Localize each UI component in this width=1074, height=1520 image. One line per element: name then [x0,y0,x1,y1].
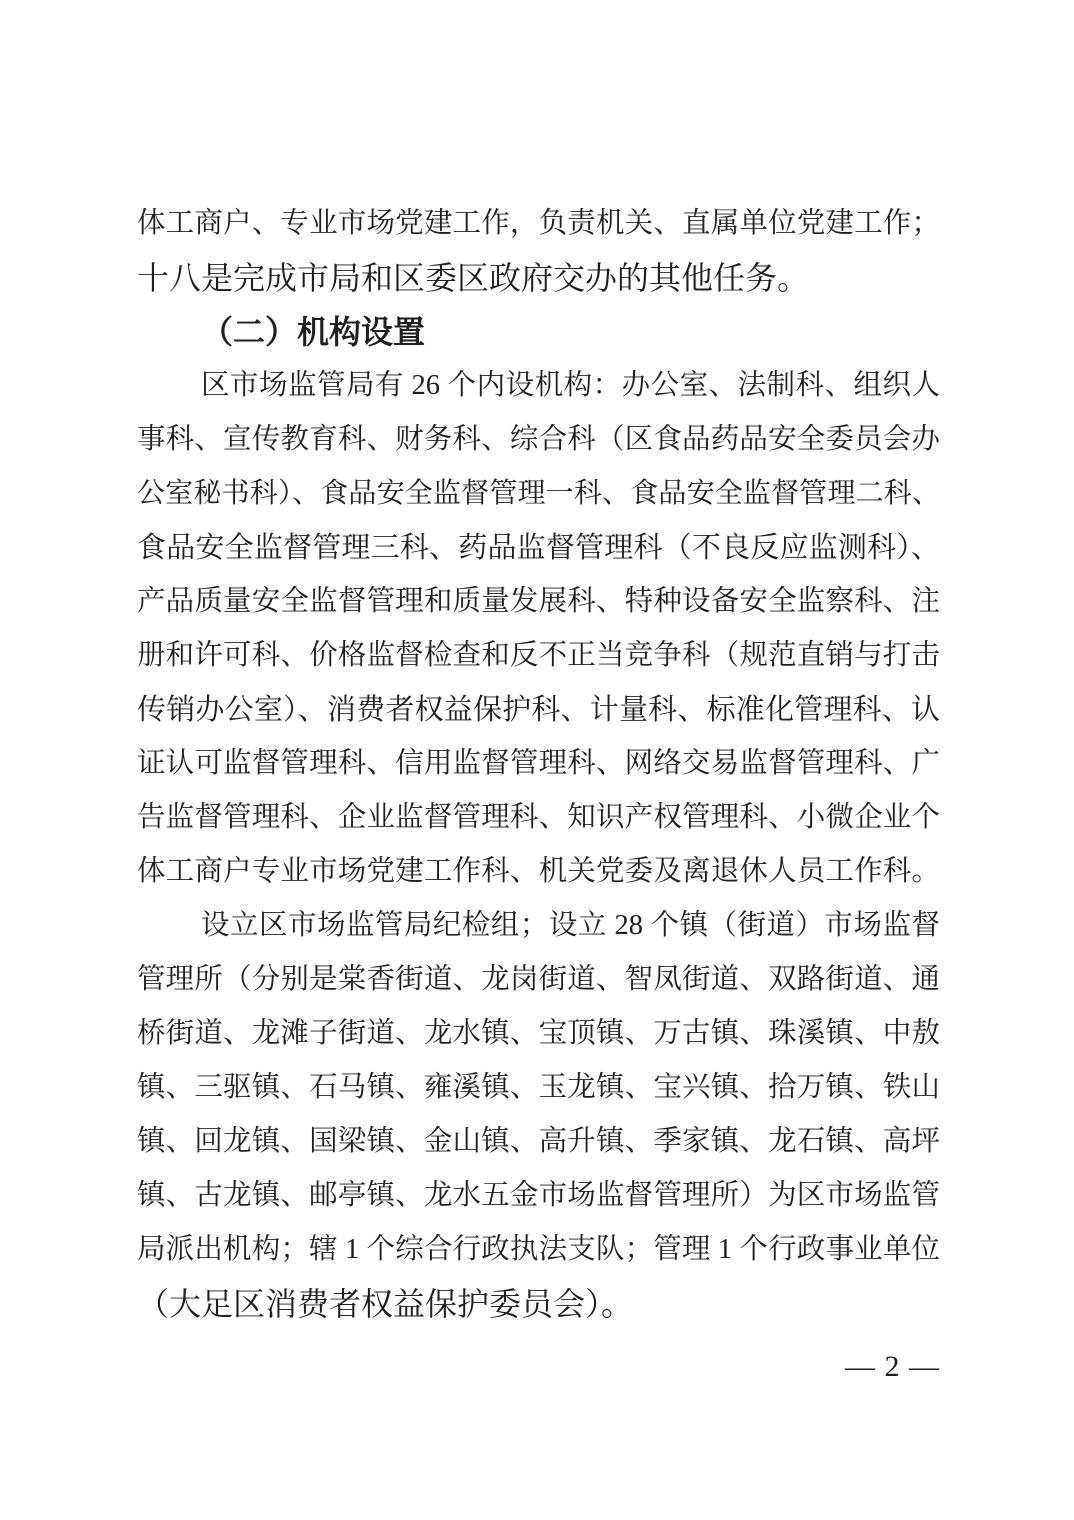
text-line: （大足区消费者权益保护委员会）。 [137,1277,940,1331]
text-line: 桥街道、龙滩子街道、龙水镇、宝顶镇、万古镇、珠溪镇、中敖 [137,1007,940,1061]
text-line: 证认可监督管理科、信用监督管理科、网络交易监督管理科、广 [137,737,940,791]
text-line: （二）机构设置 [137,305,940,359]
text-line: 产品质量安全监督管理和质量发展科、特种设备安全监察科、注 [137,575,940,629]
text-line: 告监督管理科、企业监督管理科、知识产权管理科、小微企业个 [137,791,940,845]
text-line: 传销办公室）、消费者权益保护科、计量科、标准化管理科、认 [137,683,940,737]
text-line: 镇、回龙镇、国梁镇、金山镇、高升镇、季家镇、龙石镇、高坪 [137,1115,940,1169]
text-line: 镇、三驱镇、石马镇、雍溪镇、玉龙镇、宝兴镇、拾万镇、铁山 [137,1061,940,1115]
text-line: 体工商户、专业市场党建工作，负责机关、直属单位党建工作； [137,197,940,251]
text-line: 十八是完成市局和区委区政府交办的其他任务。 [137,251,940,305]
page-number: — 2 — [845,1352,940,1382]
document-page: 体工商户、专业市场党建工作，负责机关、直属单位党建工作；十八是完成市局和区委区政… [0,0,1074,1520]
document-body: 体工商户、专业市场党建工作，负责机关、直属单位党建工作；十八是完成市局和区委区政… [137,197,940,1331]
text-line: 册和许可科、价格监督检查和反不正当竞争科（规范直销与打击 [137,629,940,683]
text-line: 管理所（分别是棠香街道、龙岗街道、智凤街道、双路街道、通 [137,953,940,1007]
text-line: 体工商户专业市场党建工作科、机关党委及离退休人员工作科。 [137,845,940,899]
text-line: 事科、宣传教育科、财务科、综合科（区食品药品安全委员会办 [137,413,940,467]
text-line: 镇、古龙镇、邮亭镇、龙水五金市场监督管理所）为区市场监管 [137,1169,940,1223]
text-line: 区市场监管局有 26 个内设机构：办公室、法制科、组织人 [137,359,940,413]
text-line: 食品安全监督管理三科、药品监督管理科（不良反应监测科）、 [137,521,940,575]
text-line: 局派出机构；辖 1 个综合行政执法支队；管理 1 个行政事业单位 [137,1223,940,1277]
text-line: 设立区市场监管局纪检组；设立 28 个镇（街道）市场监督 [137,899,940,953]
text-line: 公室秘书科）、食品安全监督管理一科、食品安全监督管理二科、 [137,467,940,521]
